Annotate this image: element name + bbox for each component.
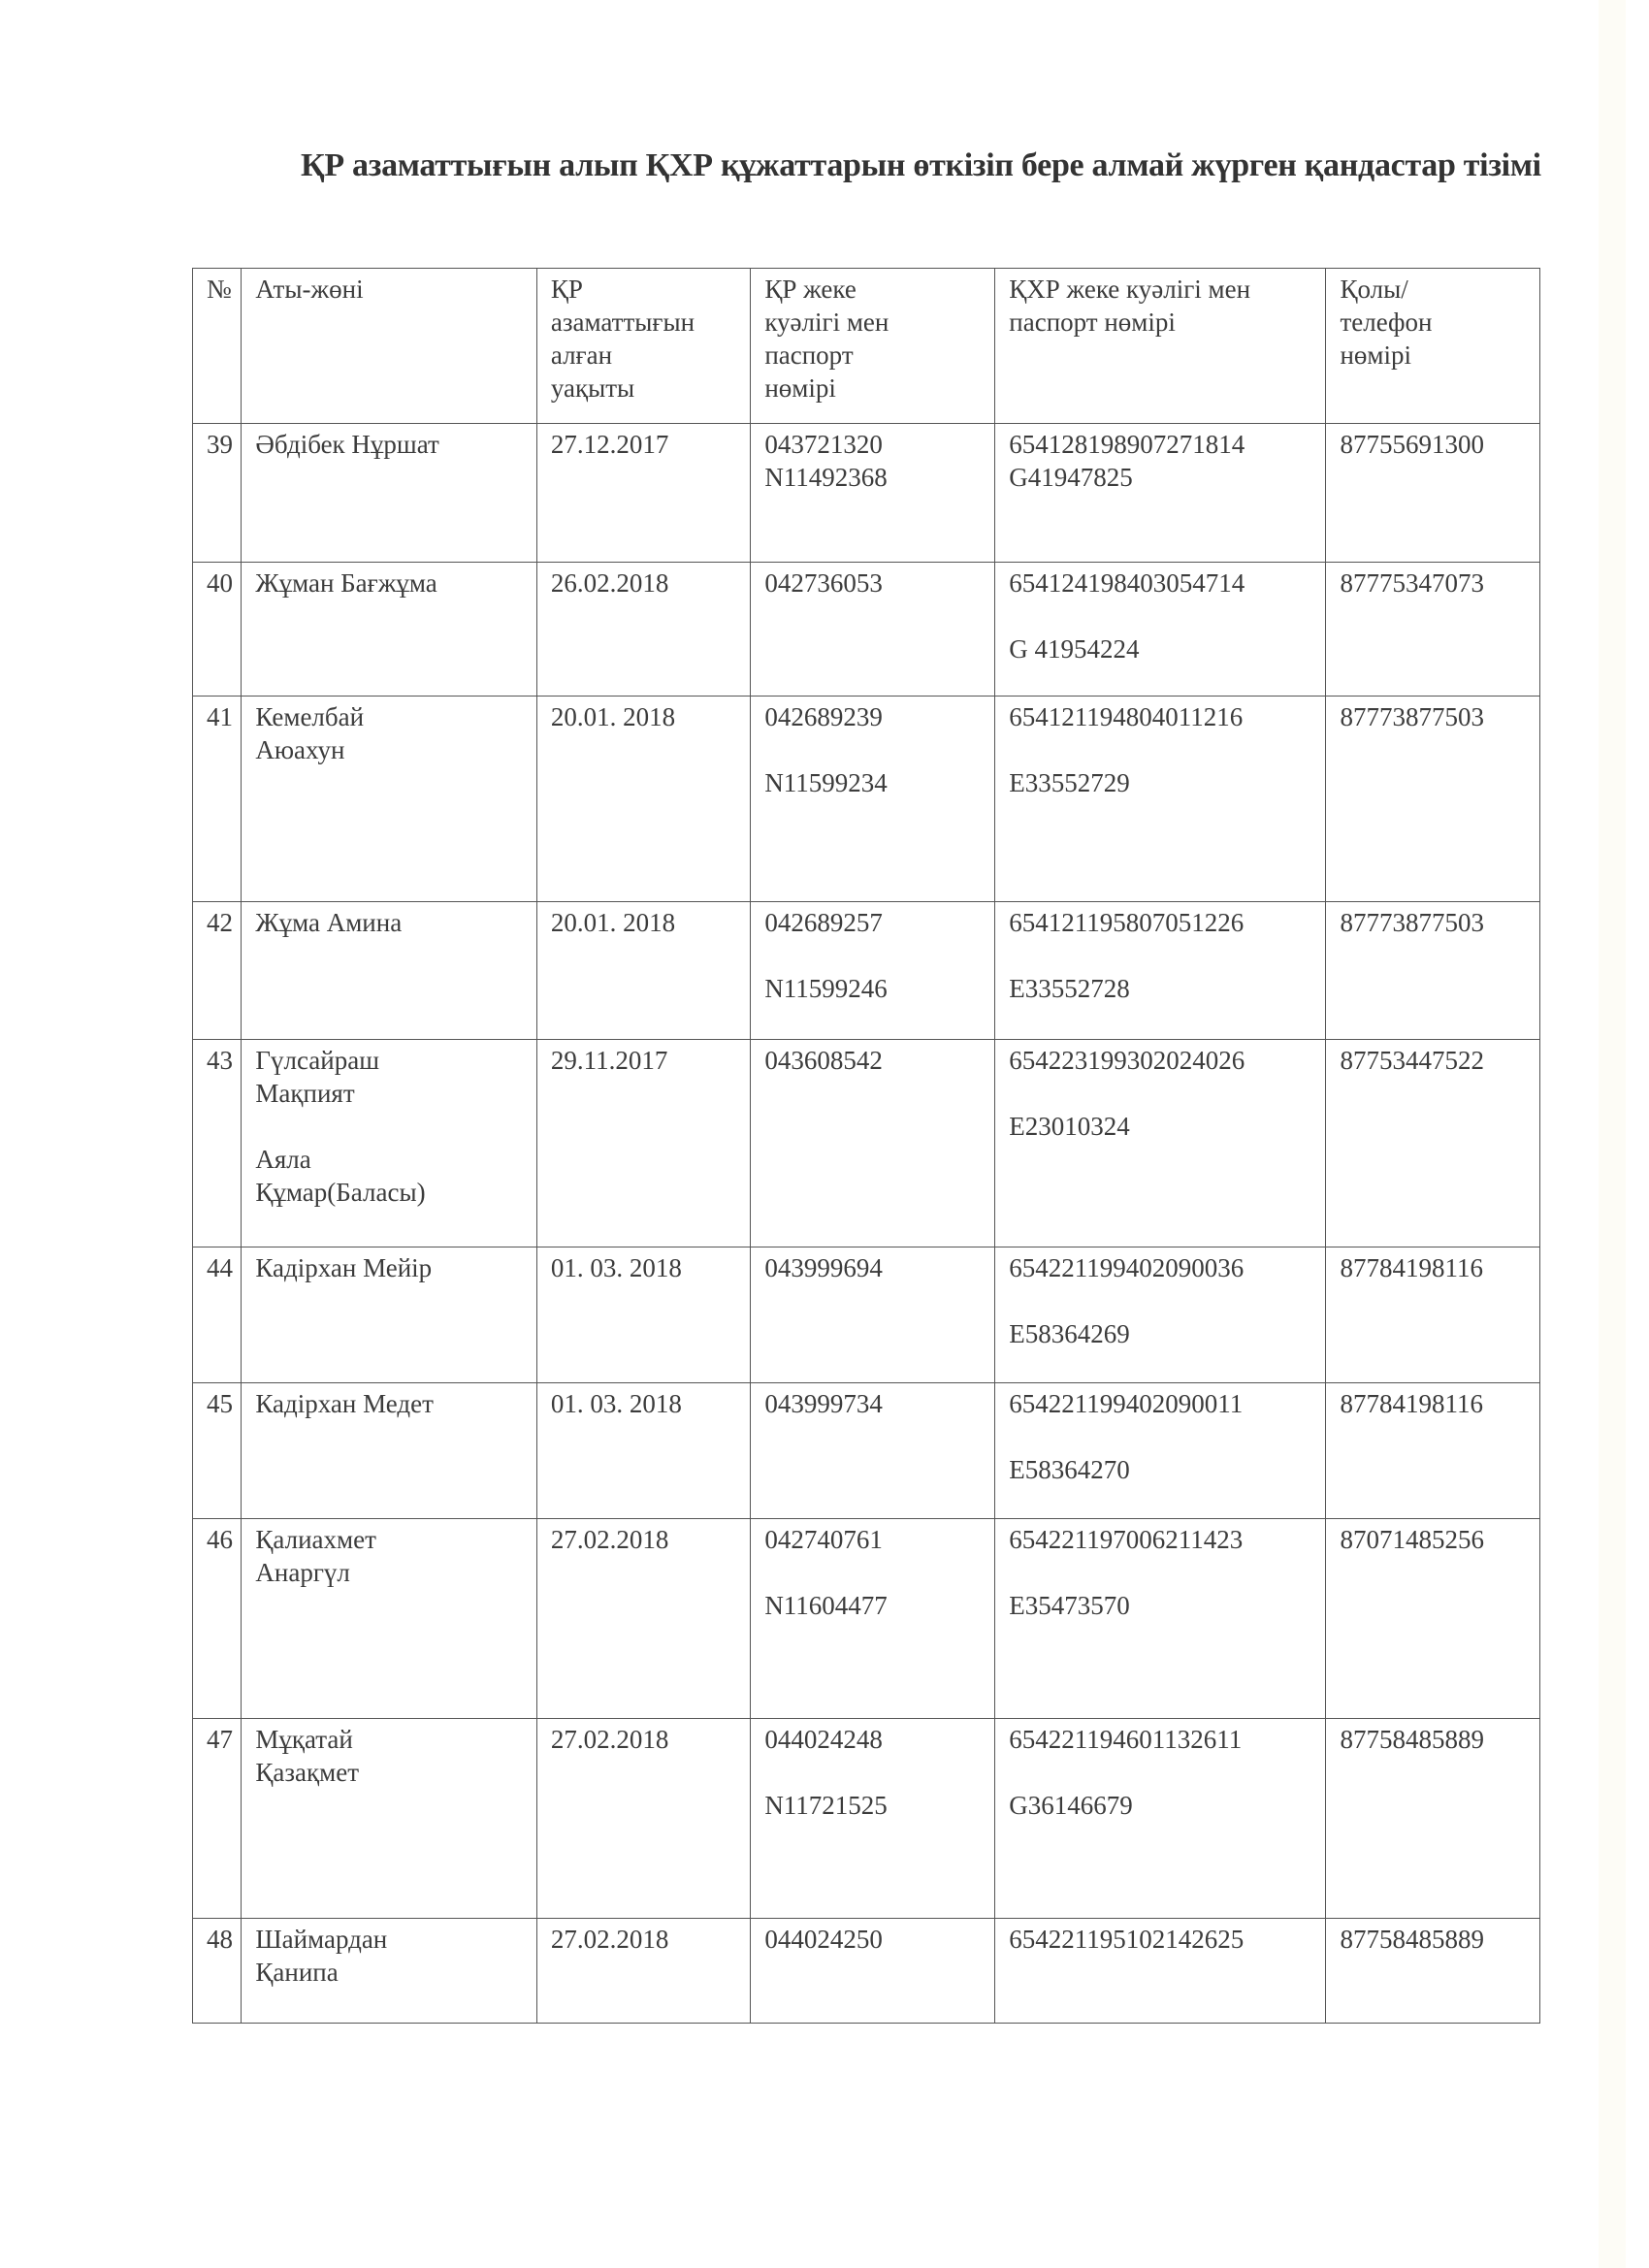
table-row: 45Кадірхан Медет01. 03. 2018043999734654…: [193, 1383, 1540, 1519]
cell-cn-docs-text: [1009, 733, 1315, 766]
cell-cn-docs-text: 654223199302024026: [1009, 1044, 1315, 1077]
cell-name: ШаймарданҚанипа: [242, 1919, 536, 2024]
cell-kz-docs-text: 042689257: [764, 906, 985, 939]
cell-phone: 87784198116: [1326, 1247, 1540, 1383]
cell-name-text: Аюахун: [255, 733, 526, 766]
cell-no-text: 47: [207, 1723, 231, 1756]
cell-no: 42: [193, 902, 242, 1040]
cell-kz-docs-text: [764, 1756, 985, 1789]
cell-kz-docs: 043999694: [751, 1247, 995, 1383]
cell-name: КемелбайАюахун: [242, 697, 536, 902]
cell-phone-text: 87775347073: [1340, 567, 1530, 599]
cell-date: 27.12.2017: [536, 424, 750, 563]
cell-kz-docs: 042740761N11604477: [751, 1519, 995, 1719]
cell-phone-text: 87071485256: [1340, 1523, 1530, 1556]
cell-kz-docs-text: 043999734: [764, 1387, 985, 1420]
cell-cn-docs: 654128198907271814G41947825: [995, 424, 1326, 563]
cell-date: 20.01. 2018: [536, 902, 750, 1040]
cell-phone-text: 87773877503: [1340, 906, 1530, 939]
cell-kz-docs-text: N11604477: [764, 1589, 985, 1622]
table-row: 39Әбдібек Нұршат27.12.2017043721320N1149…: [193, 424, 1540, 563]
cell-date: 01. 03. 2018: [536, 1383, 750, 1519]
cell-name: Жұман Бағжұма: [242, 563, 536, 697]
cell-name-text: Мұқатай: [255, 1723, 526, 1756]
document-title: ҚР азаматтығын алып ҚХР құжаттарын өткіз…: [204, 138, 1542, 194]
cell-no-text: 45: [207, 1387, 231, 1420]
cell-kz-docs: 043608542: [751, 1040, 995, 1247]
header-text: ҚР: [551, 273, 740, 306]
cell-kz-docs: 044024248N11721525: [751, 1719, 995, 1919]
cell-cn-docs: 654221199402090011E58364270: [995, 1383, 1326, 1519]
cell-phone: 87758485889: [1326, 1719, 1540, 1919]
cell-name: МұқатайҚазақмет: [242, 1719, 536, 1919]
cell-no-text: 39: [207, 428, 231, 461]
cell-date-text: 27.12.2017: [551, 428, 740, 461]
cell-kz-docs-text: 042740761: [764, 1523, 985, 1556]
cell-name: ГүлсайрашМақпият АялаҚұмар(Баласы): [242, 1040, 536, 1247]
cell-phone: 87773877503: [1326, 697, 1540, 902]
header-text: нөмірі: [1340, 339, 1530, 372]
table-row: 47МұқатайҚазақмет27.02.2018044024248N117…: [193, 1719, 1540, 1919]
header-phone: Қолы/телефоннөмірі: [1326, 269, 1540, 424]
header-text: паспорт: [764, 339, 985, 372]
cell-kz-docs-text: N11721525: [764, 1789, 985, 1822]
cell-kz-docs: 042689257N11599246: [751, 902, 995, 1040]
header-text: уақыты: [551, 372, 740, 405]
table-row: 42Жұма Амина20.01. 2018042689257N1159924…: [193, 902, 1540, 1040]
cell-name-text: Кемелбай: [255, 700, 526, 733]
table-row: 48ШаймарданҚанипа27.02.20180440242506542…: [193, 1919, 1540, 2024]
cell-cn-docs: 654221199402090036E58364269: [995, 1247, 1326, 1383]
cell-cn-docs-text: 654121194804011216: [1009, 700, 1315, 733]
cell-name-text: Жұма Амина: [255, 906, 526, 939]
cell-date-text: 01. 03. 2018: [551, 1251, 740, 1284]
cell-name-text: Кадірхан Медет: [255, 1387, 526, 1420]
table-row: 43ГүлсайрашМақпият АялаҚұмар(Баласы)29.1…: [193, 1040, 1540, 1247]
cell-cn-docs-text: 654221199402090011: [1009, 1387, 1315, 1420]
cell-name-text: Қалиахмет: [255, 1523, 526, 1556]
cell-date-text: 20.01. 2018: [551, 906, 740, 939]
cell-kz-docs-text: [764, 1556, 985, 1589]
cell-cn-docs-text: [1009, 599, 1315, 632]
cell-name-text: Қазақмет: [255, 1756, 526, 1789]
header-text: куәлігі мен: [764, 306, 985, 339]
header-text: паспорт нөмірі: [1009, 306, 1315, 339]
cell-no: 41: [193, 697, 242, 902]
cell-cn-docs-text: [1009, 1284, 1315, 1317]
cell-kz-docs: 042689239N11599234: [751, 697, 995, 902]
cell-cn-docs-text: 654124198403054714: [1009, 567, 1315, 599]
cell-kz-docs: 044024250: [751, 1919, 995, 2024]
cell-name-text: Шаймардан: [255, 1923, 526, 1956]
cell-no: 48: [193, 1919, 242, 2024]
cell-cn-docs-text: 654221199402090036: [1009, 1251, 1315, 1284]
scan-edge-strip: [1599, 0, 1626, 2268]
cell-date-text: 20.01. 2018: [551, 700, 740, 733]
cell-phone-text: 87784198116: [1340, 1387, 1530, 1420]
cell-cn-docs: 654221197006211423E35473570: [995, 1519, 1326, 1719]
cell-cn-docs: 654121195807051226E33552728: [995, 902, 1326, 1040]
cell-kz-docs-text: 042689239: [764, 700, 985, 733]
cell-name-text: Құмар(Баласы): [255, 1176, 526, 1209]
cell-name-text: Әбдібек Нұршат: [255, 428, 526, 461]
cell-no-text: 44: [207, 1251, 231, 1284]
cell-kz-docs-text: 043608542: [764, 1044, 985, 1077]
cell-cn-docs-text: 654221195102142625: [1009, 1923, 1315, 1956]
cell-cn-docs-text: G 41954224: [1009, 632, 1315, 665]
cell-no: 47: [193, 1719, 242, 1919]
cell-phone: 87784198116: [1326, 1383, 1540, 1519]
header-no: №: [193, 269, 242, 424]
cell-kz-docs: 042736053: [751, 563, 995, 697]
cell-name-text: [255, 1110, 526, 1143]
header-text: Аты-жөні: [255, 273, 526, 306]
cell-cn-docs-text: E33552729: [1009, 766, 1315, 799]
cell-cn-docs-text: E35473570: [1009, 1589, 1315, 1622]
header-kz-docs: ҚР жекекуәлігі менпаспортнөмірі: [751, 269, 995, 424]
cell-name-text: Мақпият: [255, 1077, 526, 1110]
cell-date-text: 01. 03. 2018: [551, 1387, 740, 1420]
cell-date-text: 27.02.2018: [551, 1723, 740, 1756]
cell-name-text: Кадірхан Мейір: [255, 1251, 526, 1284]
header-text: азаматтығын: [551, 306, 740, 339]
cell-phone-text: 87773877503: [1340, 700, 1530, 733]
cell-no: 39: [193, 424, 242, 563]
cell-date-text: 29.11.2017: [551, 1044, 740, 1077]
cell-name-text: Гүлсайраш: [255, 1044, 526, 1077]
cell-cn-docs-text: E58364269: [1009, 1317, 1315, 1350]
cell-phone: 87758485889: [1326, 1919, 1540, 2024]
cell-cn-docs-text: G36146679: [1009, 1789, 1315, 1822]
cell-name: Әбдібек Нұршат: [242, 424, 536, 563]
cell-name-text: Анаргүл: [255, 1556, 526, 1589]
cell-kz-docs-text: N11492368: [764, 461, 985, 494]
cell-no-text: 41: [207, 700, 231, 733]
cell-phone: 87773877503: [1326, 902, 1540, 1040]
cell-cn-docs-text: E58364270: [1009, 1453, 1315, 1486]
cell-date: 26.02.2018: [536, 563, 750, 697]
cell-kz-docs-text: 044024248: [764, 1723, 985, 1756]
cell-phone: 87755691300: [1326, 424, 1540, 563]
cell-name: Кадірхан Мейір: [242, 1247, 536, 1383]
cell-name: Жұма Амина: [242, 902, 536, 1040]
cell-phone-text: 87758485889: [1340, 1923, 1530, 1956]
header-cn-docs: ҚХР жеке куәлігі менпаспорт нөмірі: [995, 269, 1326, 424]
cell-name: Кадірхан Медет: [242, 1383, 536, 1519]
header-text: нөмірі: [764, 372, 985, 405]
cell-cn-docs-text: 654128198907271814: [1009, 428, 1315, 461]
cell-cn-docs: 654121194804011216E33552729: [995, 697, 1326, 902]
cell-no-text: 48: [207, 1923, 231, 1956]
cell-date: 27.02.2018: [536, 1519, 750, 1719]
cell-cn-docs-text: 654221197006211423: [1009, 1523, 1315, 1556]
cell-date: 27.02.2018: [536, 1919, 750, 2024]
cell-cn-docs-text: [1009, 1556, 1315, 1589]
cell-cn-docs-text: G41947825: [1009, 461, 1315, 494]
table-row: 44Кадірхан Мейір01. 03. 2018043999694654…: [193, 1247, 1540, 1383]
cell-cn-docs-text: E33552728: [1009, 972, 1315, 1005]
cell-phone: 87775347073: [1326, 563, 1540, 697]
header-name: Аты-жөні: [242, 269, 536, 424]
cell-no: 40: [193, 563, 242, 697]
citizens-table: №Аты-жөніҚРазаматтығыналғануақытыҚР жеке…: [192, 268, 1540, 2024]
table-row: 41КемелбайАюахун20.01. 2018042689239N115…: [193, 697, 1540, 902]
cell-phone-text: 87753447522: [1340, 1044, 1530, 1077]
cell-kz-docs-text: [764, 939, 985, 972]
cell-name: ҚалиахметАнаргүл: [242, 1519, 536, 1719]
table-row: 46ҚалиахметАнаргүл27.02.2018042740761N11…: [193, 1519, 1540, 1719]
header-text: алған: [551, 339, 740, 372]
header-text: Қолы/: [1340, 273, 1530, 306]
cell-cn-docs-text: [1009, 1077, 1315, 1110]
cell-phone: 87071485256: [1326, 1519, 1540, 1719]
cell-kz-docs-text: 043721320: [764, 428, 985, 461]
cell-cn-docs-text: E23010324: [1009, 1110, 1315, 1143]
cell-no-text: 43: [207, 1044, 231, 1077]
cell-cn-docs: 654124198403054714G 41954224: [995, 563, 1326, 697]
cell-cn-docs-text: [1009, 939, 1315, 972]
header-text: ҚР жеке: [764, 273, 985, 306]
cell-cn-docs-text: [1009, 1756, 1315, 1789]
cell-date: 01. 03. 2018: [536, 1247, 750, 1383]
cell-no-text: 46: [207, 1523, 231, 1556]
cell-kz-docs-text: 042736053: [764, 567, 985, 599]
cell-name-text: Қанипа: [255, 1956, 526, 1989]
cell-date-text: 27.02.2018: [551, 1523, 740, 1556]
header-text: ҚХР жеке куәлігі мен: [1009, 273, 1315, 306]
cell-kz-docs-text: N11599246: [764, 972, 985, 1005]
cell-cn-docs: 654221195102142625: [995, 1919, 1326, 2024]
cell-no: 46: [193, 1519, 242, 1719]
cell-phone-text: 87758485889: [1340, 1723, 1530, 1756]
cell-phone-text: 87755691300: [1340, 428, 1530, 461]
cell-date-text: 26.02.2018: [551, 567, 740, 599]
cell-no: 44: [193, 1247, 242, 1383]
cell-cn-docs: 654221194601132611G36146679: [995, 1719, 1326, 1919]
cell-cn-docs-text: 654221194601132611: [1009, 1723, 1315, 1756]
cell-kz-docs-text: 043999694: [764, 1251, 985, 1284]
table-row: 40Жұман Бағжұма26.02.2018042736053654124…: [193, 563, 1540, 697]
cell-no: 43: [193, 1040, 242, 1247]
header-date: ҚРазаматтығыналғануақыты: [536, 269, 750, 424]
cell-cn-docs: 654223199302024026E23010324: [995, 1040, 1326, 1247]
cell-no-text: 40: [207, 567, 231, 599]
table-body: 39Әбдібек Нұршат27.12.2017043721320N1149…: [193, 424, 1540, 2024]
cell-phone: 87753447522: [1326, 1040, 1540, 1247]
cell-date: 29.11.2017: [536, 1040, 750, 1247]
cell-date: 27.02.2018: [536, 1719, 750, 1919]
cell-kz-docs-text: 044024250: [764, 1923, 985, 1956]
table-header-row: №Аты-жөніҚРазаматтығыналғануақытыҚР жеке…: [193, 269, 1540, 424]
cell-kz-docs: 043999734: [751, 1383, 995, 1519]
cell-name-text: Жұман Бағжұма: [255, 567, 526, 599]
cell-kz-docs-text: [764, 733, 985, 766]
cell-kz-docs-text: N11599234: [764, 766, 985, 799]
cell-cn-docs-text: 654121195807051226: [1009, 906, 1315, 939]
cell-cn-docs-text: [1009, 1420, 1315, 1453]
cell-kz-docs: 043721320N11492368: [751, 424, 995, 563]
header-text: №: [207, 273, 231, 306]
header-text: телефон: [1340, 306, 1530, 339]
cell-phone-text: 87784198116: [1340, 1251, 1530, 1284]
cell-name-text: Аяла: [255, 1143, 526, 1176]
cell-no-text: 42: [207, 906, 231, 939]
cell-no: 45: [193, 1383, 242, 1519]
cell-date-text: 27.02.2018: [551, 1923, 740, 1956]
cell-date: 20.01. 2018: [536, 697, 750, 902]
